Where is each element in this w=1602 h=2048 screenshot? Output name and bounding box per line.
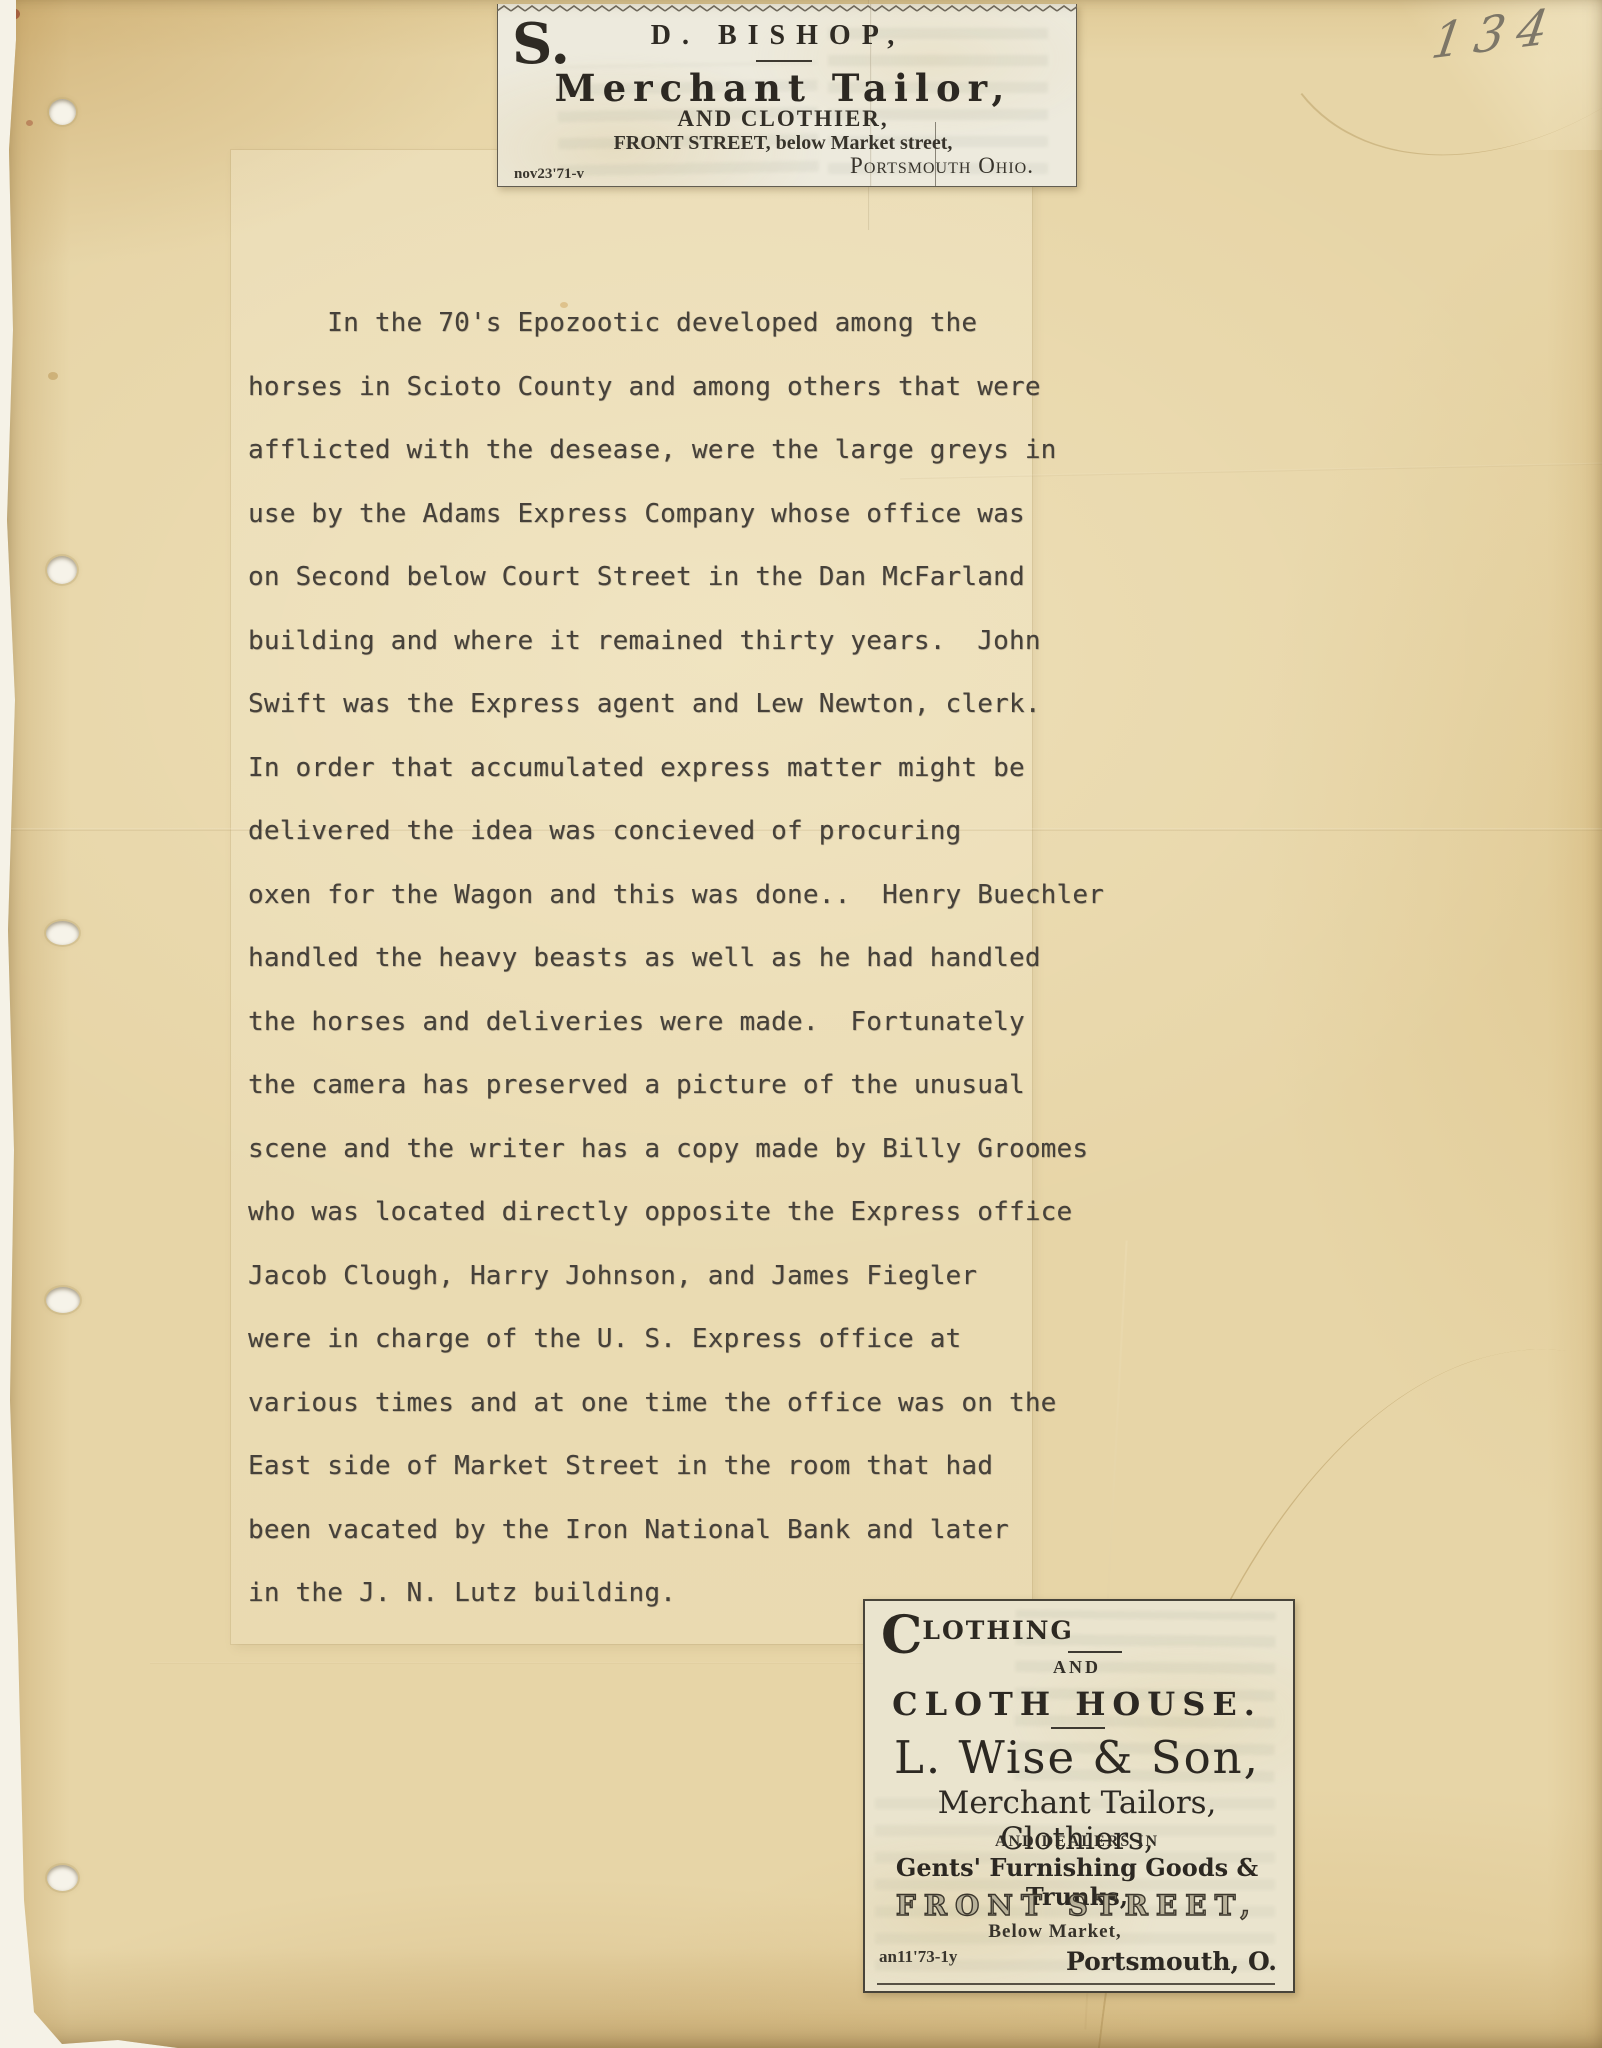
newspaper-ad-bishop: S. D. BISHOP, Merchant Tailor, AND CLOTH… <box>497 4 1077 187</box>
typed-line: the horses and deliveries were made. For… <box>248 991 1048 1055</box>
typed-line: In the 70's Epozootic developed among th… <box>248 292 1048 356</box>
ad-date-code: nov23'71-v <box>514 166 584 183</box>
typewritten-text-block: In the 70's Epozootic developed among th… <box>248 292 1048 1626</box>
punch-hole <box>47 1865 78 1891</box>
punch-hole <box>46 921 79 945</box>
typed-line: use by the Adams Express Company whose o… <box>248 483 1048 547</box>
ad-proprietor-name: L. Wise & Son, <box>865 1731 1289 1784</box>
newspaper-ad-wise: CLOTHING AND CLOTH HOUSE. L. Wise & Son,… <box>863 1599 1295 1993</box>
ad-proprietor-name: D. BISHOP, <box>588 20 968 52</box>
ad-date-code: an11'73-1y <box>879 1947 957 1967</box>
printed-rule <box>1051 1727 1105 1729</box>
ad-dealers-label: AND DEALERS IN <box>865 1833 1289 1851</box>
bottom-right-page-curl <box>1262 1218 1602 2048</box>
printed-rule <box>756 60 812 62</box>
punch-hole <box>49 99 76 125</box>
typed-line: building and where it remained thirty ye… <box>248 610 1048 674</box>
ad-drop-initial: S. <box>512 16 570 72</box>
typed-line: who was located directly opposite the Ex… <box>248 1181 1048 1245</box>
printed-rule <box>1068 1651 1122 1653</box>
ad-below-market-line: Below Market, <box>865 1921 1245 1943</box>
typed-line: were in charge of the U. S. Express offi… <box>248 1308 1048 1372</box>
stain-speck <box>26 120 33 126</box>
typed-line: horses in Scioto County and among others… <box>248 356 1048 420</box>
typed-line: scene and the writer has a copy made by … <box>248 1118 1048 1182</box>
printed-rule <box>877 1983 1275 1985</box>
ad-subtitle: AND CLOTHIER, <box>498 106 1068 132</box>
typed-line: East side of Market Street in the room t… <box>248 1435 1048 1499</box>
ad-and-label: AND <box>865 1657 1289 1678</box>
punch-hole <box>47 556 77 584</box>
typed-line: Jacob Clough, Harry Johnson, and James F… <box>248 1245 1048 1309</box>
typed-line: been vacated by the Iron National Bank a… <box>248 1499 1048 1563</box>
stain-speck <box>48 372 58 380</box>
punch-hole <box>46 1287 80 1313</box>
typed-line: on Second below Court Street in the Dan … <box>248 546 1048 610</box>
typed-line: the camera has preserved a picture of th… <box>248 1054 1048 1118</box>
ad-city: Portsmouth, O. <box>1066 1947 1277 1976</box>
typed-line: Swift was the Express agent and Lew Newt… <box>248 673 1048 737</box>
ad-business-title: Merchant Tailor, <box>498 66 1068 110</box>
ad-footer-row: an11'73-1y Portsmouth, O. <box>879 1947 1277 1976</box>
typed-line: oxen for the Wagon and this was done.. H… <box>248 864 1048 928</box>
torn-zigzag-edge <box>497 4 1077 13</box>
ad-city: Portsmouth Ohio. <box>850 153 1034 179</box>
scanned-scrapbook-page: 134 In the 70's Epozootic developed amon… <box>0 0 1602 2048</box>
typed-line: handled the heavy beasts as well as he h… <box>248 927 1048 991</box>
typed-line: delivered the idea was concieved of proc… <box>248 800 1048 864</box>
scrapbook-paper: 134 In the 70's Epozootic developed amon… <box>0 0 1602 2048</box>
typed-line: afflicted with the desease, were the lar… <box>248 419 1048 483</box>
typed-line: various times and at one time the office… <box>248 1372 1048 1436</box>
ad-headline-cloth-house: CLOTH HOUSE. <box>865 1685 1289 1723</box>
typed-line: In order that accumulated express matter… <box>248 737 1048 801</box>
ad-address: FRONT STREET, below Market street, <box>498 132 1068 155</box>
ad-street-line: FRONT STREET, <box>865 1889 1289 1922</box>
stain-speck <box>4 8 20 20</box>
ad-headline-clothing: CLOTHING <box>881 1613 1074 1660</box>
